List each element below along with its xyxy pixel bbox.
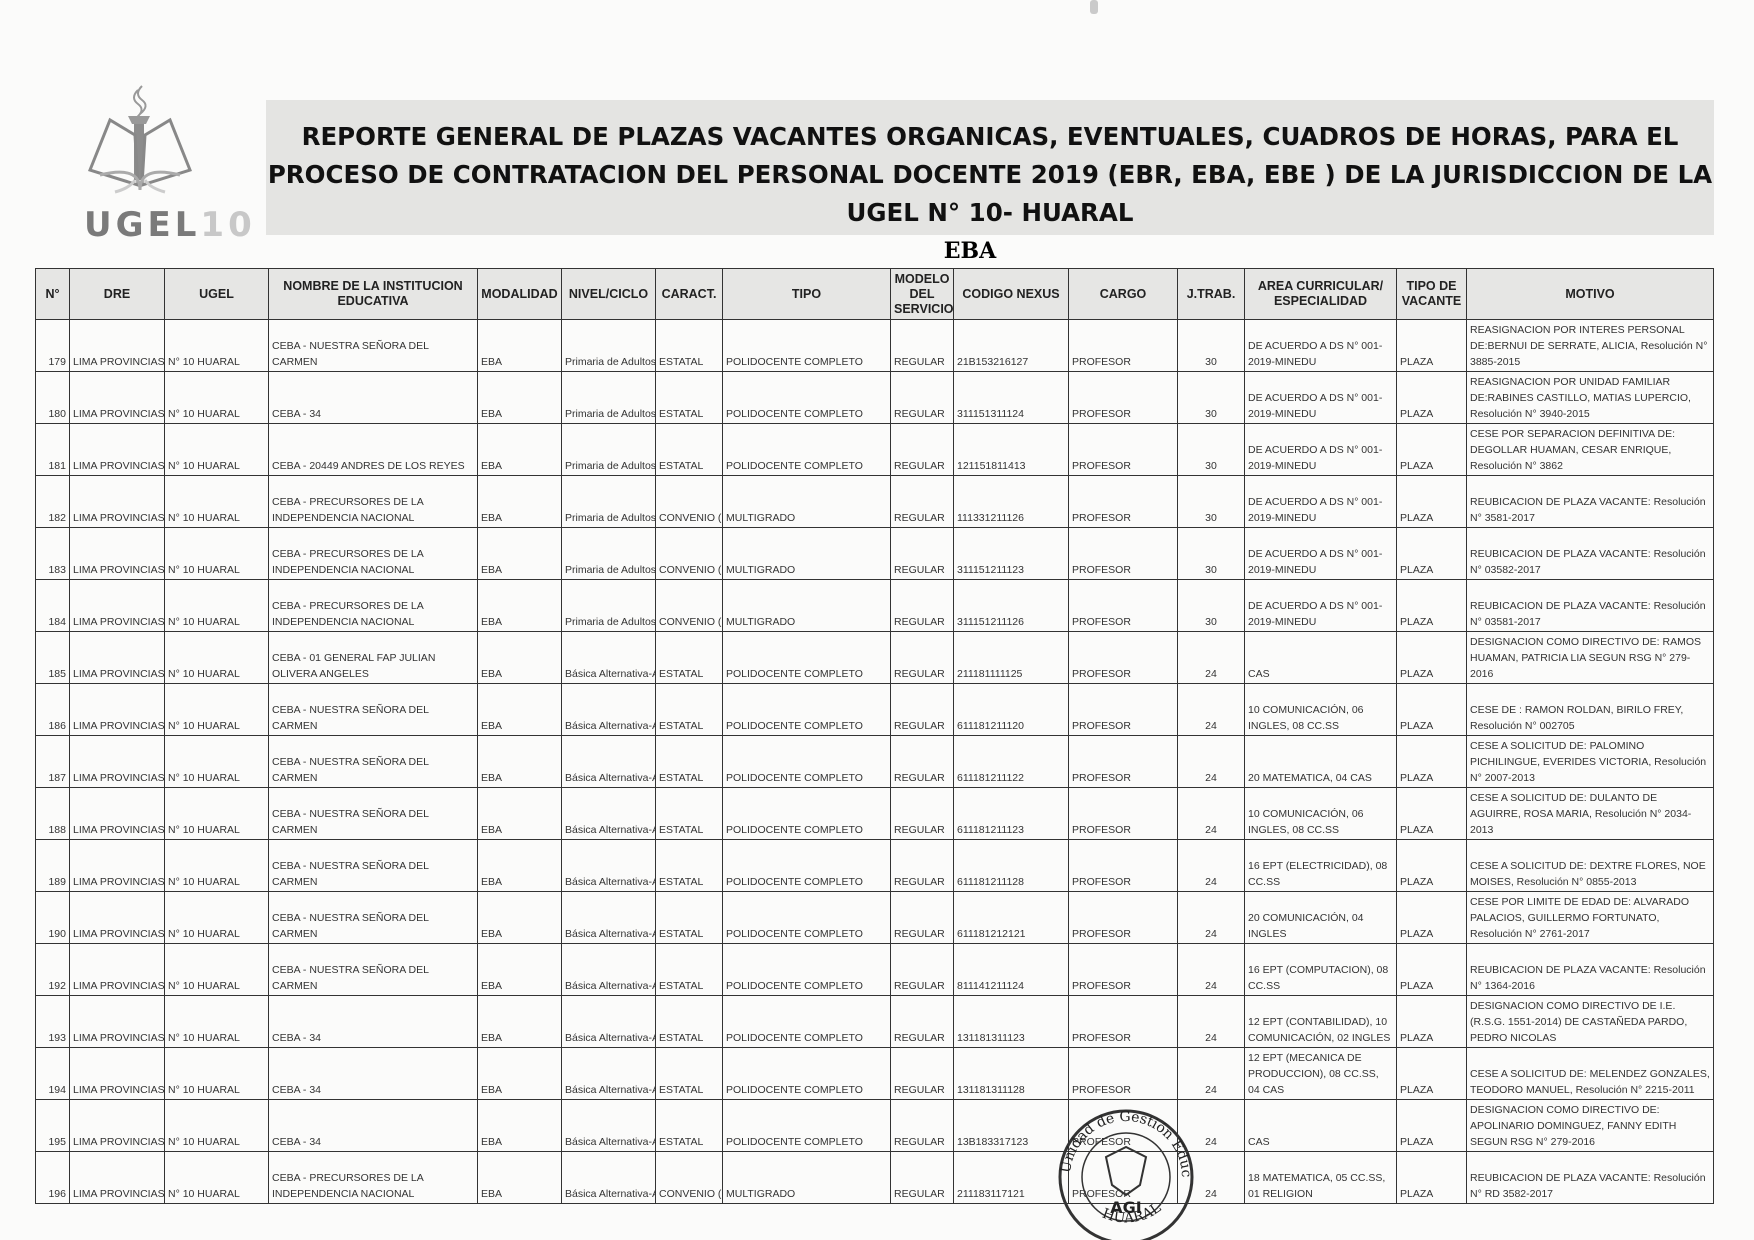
cell-ugel: N° 10 HUARAL [165, 944, 269, 996]
cell-ugel: N° 10 HUARAL [165, 892, 269, 944]
cell-n: 186 [36, 684, 70, 736]
cell-modalidad: EBA [478, 840, 562, 892]
table-row: 196LIMA PROVINCIASN° 10 HUARALCEBA - PRE… [36, 1152, 1714, 1204]
cell-institucion: CEBA - NUESTRA SEÑORA DEL CARMEN [269, 944, 478, 996]
cell-ugel: N° 10 HUARAL [165, 1152, 269, 1204]
cell-dre: LIMA PROVINCIAS [70, 632, 165, 684]
column-header-nivel: NIVEL/CICLO [562, 269, 656, 320]
cell-cargo: PROFESOR [1069, 424, 1178, 476]
cell-ugel: N° 10 HUARAL [165, 684, 269, 736]
cell-nivel: Básica Alternativa-A [562, 996, 656, 1048]
table-row: 183LIMA PROVINCIASN° 10 HUARALCEBA - PRE… [36, 528, 1714, 580]
table-row: 195LIMA PROVINCIASN° 10 HUARALCEBA - 34E… [36, 1100, 1714, 1152]
cell-area: DE ACUERDO A DS N° 001-2019-MINEDU [1245, 424, 1397, 476]
cell-tipo-vacante: PLAZA [1397, 1100, 1467, 1152]
cell-n: 179 [36, 320, 70, 372]
logo-number: 10 [200, 205, 255, 245]
cell-dre: LIMA PROVINCIAS [70, 788, 165, 840]
cell-tipo: MULTIGRADO [723, 580, 891, 632]
cell-motivo: REUBICACION DE PLAZA VACANTE: Resolución… [1467, 528, 1714, 580]
cell-tipo: MULTIGRADO [723, 476, 891, 528]
cell-tipo-vacante: PLAZA [1397, 840, 1467, 892]
cell-motivo: REASIGNACION POR UNIDAD FAMILIAR DE:RABI… [1467, 372, 1714, 424]
cell-ugel: N° 10 HUARAL [165, 476, 269, 528]
cell-institucion: CEBA - 01 GENERAL FAP JULIAN OLIVERA ANG… [269, 632, 478, 684]
cell-dre: LIMA PROVINCIAS [70, 320, 165, 372]
cell-codigo-nexus: 311151211126 [954, 580, 1069, 632]
column-header-cargo: CARGO [1069, 269, 1178, 320]
cell-caract: ESTATAL [656, 320, 723, 372]
cell-area: DE ACUERDO A DS N° 001-2019-MINEDU [1245, 528, 1397, 580]
cell-tipo-vacante: PLAZA [1397, 944, 1467, 996]
cell-institucion: CEBA - NUESTRA SEÑORA DEL CARMEN [269, 788, 478, 840]
cell-tipo: MULTIGRADO [723, 528, 891, 580]
table-row: 187LIMA PROVINCIASN° 10 HUARALCEBA - NUE… [36, 736, 1714, 788]
table-header-row: N°DREUGELNOMBRE DE LA INSTITUCION EDUCAT… [36, 269, 1714, 320]
cell-dre: LIMA PROVINCIAS [70, 424, 165, 476]
cell-motivo: CESE POR LIMITE DE EDAD DE: ALVARADO PAL… [1467, 892, 1714, 944]
cell-nivel: Primaria de Adultos [562, 476, 656, 528]
cell-n: 195 [36, 1100, 70, 1152]
cell-cargo: PROFESOR [1069, 1048, 1178, 1100]
cell-area: 12 EPT (MECANICA DE PRODUCCION), 08 CC.S… [1245, 1048, 1397, 1100]
cell-jornada: 24 [1178, 788, 1245, 840]
table-row: 193LIMA PROVINCIASN° 10 HUARALCEBA - 34E… [36, 996, 1714, 1048]
cell-codigo-nexus: 611181211128 [954, 840, 1069, 892]
cell-area: 20 COMUNICACIÓN, 04 INGLES [1245, 892, 1397, 944]
column-header-tipo: TIPO [723, 269, 891, 320]
column-header-codigo-nexus: CODIGO NEXUS [954, 269, 1069, 320]
cell-cargo: PROFESOR [1069, 528, 1178, 580]
cell-jornada: 30 [1178, 424, 1245, 476]
cell-modalidad: EBA [478, 736, 562, 788]
cell-tipo-vacante: PLAZA [1397, 736, 1467, 788]
cell-modalidad: EBA [478, 476, 562, 528]
cell-ugel: N° 10 HUARAL [165, 1048, 269, 1100]
cell-modelo: REGULAR [891, 1100, 954, 1152]
cell-tipo-vacante: PLAZA [1397, 528, 1467, 580]
cell-n: 183 [36, 528, 70, 580]
cell-tipo-vacante: PLAZA [1397, 424, 1467, 476]
cell-tipo: POLIDOCENTE COMPLETO [723, 996, 891, 1048]
table-row: 186LIMA PROVINCIASN° 10 HUARALCEBA - NUE… [36, 684, 1714, 736]
cell-modalidad: EBA [478, 528, 562, 580]
cell-codigo-nexus: 611181212121 [954, 892, 1069, 944]
cell-caract: ESTATAL [656, 1100, 723, 1152]
title-line-3: UGEL N° 10- HUARAL [266, 194, 1714, 232]
cell-nivel: Primaria de Adultos [562, 372, 656, 424]
cell-motivo: CESE A SOLICITUD DE: DULANTO DE AGUIRRE,… [1467, 788, 1714, 840]
cell-motivo: REASIGNACION POR INTERES PERSONAL DE:BER… [1467, 320, 1714, 372]
cell-area: 10 COMUNICACIÓN, 06 INGLES, 08 CC.SS [1245, 788, 1397, 840]
cell-dre: LIMA PROVINCIAS [70, 1100, 165, 1152]
table-row: 194LIMA PROVINCIASN° 10 HUARALCEBA - 34E… [36, 1048, 1714, 1100]
table-row: 185LIMA PROVINCIASN° 10 HUARALCEBA - 01 … [36, 632, 1714, 684]
cell-tipo: POLIDOCENTE COMPLETO [723, 788, 891, 840]
cell-area: DE ACUERDO A DS N° 001-2019-MINEDU [1245, 320, 1397, 372]
cell-caract: ESTATAL [656, 632, 723, 684]
cell-tipo-vacante: PLAZA [1397, 476, 1467, 528]
cell-modelo: REGULAR [891, 1152, 954, 1204]
title-line-1: REPORTE GENERAL DE PLAZAS VACANTES ORGAN… [266, 118, 1714, 156]
cell-tipo: POLIDOCENTE COMPLETO [723, 424, 891, 476]
cell-codigo-nexus: 131181311123 [954, 996, 1069, 1048]
cell-n: 182 [36, 476, 70, 528]
cell-tipo: POLIDOCENTE COMPLETO [723, 892, 891, 944]
cell-dre: LIMA PROVINCIAS [70, 528, 165, 580]
cell-modelo: REGULAR [891, 1048, 954, 1100]
cell-modelo: REGULAR [891, 892, 954, 944]
cell-jornada: 24 [1178, 840, 1245, 892]
cell-modelo: REGULAR [891, 996, 954, 1048]
cell-caract: ESTATAL [656, 840, 723, 892]
cell-caract: CONVENIO (I [656, 528, 723, 580]
cell-cargo: PROFESOR [1069, 580, 1178, 632]
cell-codigo-nexus: 131181311128 [954, 1048, 1069, 1100]
cell-institucion: CEBA - PRECURSORES DE LA INDEPENDENCIA N… [269, 1152, 478, 1204]
cell-cargo: PROFESOR [1069, 372, 1178, 424]
cell-modelo: REGULAR [891, 372, 954, 424]
cell-jornada: 24 [1178, 1152, 1245, 1204]
column-header-n: N° [36, 269, 70, 320]
column-header-motivo: MOTIVO [1467, 269, 1714, 320]
book-torch-icon [80, 80, 250, 210]
cell-area: DE ACUERDO A DS N° 001-2019-MINEDU [1245, 372, 1397, 424]
cell-institucion: CEBA - NUESTRA SEÑORA DEL CARMEN [269, 892, 478, 944]
cell-area: DE ACUERDO A DS N° 001-2019-MINEDU [1245, 476, 1397, 528]
cell-motivo: CESE A SOLICITUD DE: DEXTRE FLORES, NOE … [1467, 840, 1714, 892]
cell-tipo: POLIDOCENTE COMPLETO [723, 736, 891, 788]
cell-institucion: CEBA - NUESTRA SEÑORA DEL CARMEN [269, 736, 478, 788]
title-line-2: PROCESO DE CONTRATACION DEL PERSONAL DOC… [266, 156, 1714, 194]
cell-n: 189 [36, 840, 70, 892]
cell-dre: LIMA PROVINCIAS [70, 996, 165, 1048]
cell-codigo-nexus: 311151211123 [954, 528, 1069, 580]
cell-tipo-vacante: PLAZA [1397, 996, 1467, 1048]
table-body: 179LIMA PROVINCIASN° 10 HUARALCEBA - NUE… [36, 320, 1714, 1204]
cell-jornada: 24 [1178, 684, 1245, 736]
cell-caract: ESTATAL [656, 424, 723, 476]
cell-modalidad: EBA [478, 944, 562, 996]
column-header-jornada: J.TRAB. [1178, 269, 1245, 320]
cell-nivel: Básica Alternativa-A [562, 1048, 656, 1100]
column-header-caract: CARACT. [656, 269, 723, 320]
cell-modelo: REGULAR [891, 320, 954, 372]
cell-cargo: PROFESOR [1069, 1100, 1178, 1152]
cell-cargo: PROFESOR [1069, 996, 1178, 1048]
table-row: 188LIMA PROVINCIASN° 10 HUARALCEBA - NUE… [36, 788, 1714, 840]
cell-modelo: REGULAR [891, 528, 954, 580]
cell-codigo-nexus: 211183117121 [954, 1152, 1069, 1204]
cell-ugel: N° 10 HUARAL [165, 840, 269, 892]
cell-codigo-nexus: 13B183317123 [954, 1100, 1069, 1152]
cell-area: 16 EPT (COMPUTACION), 08 CC.SS [1245, 944, 1397, 996]
cell-dre: LIMA PROVINCIAS [70, 580, 165, 632]
cell-cargo: PROFESOR [1069, 892, 1178, 944]
cell-modelo: REGULAR [891, 736, 954, 788]
cell-tipo-vacante: PLAZA [1397, 684, 1467, 736]
cell-n: 181 [36, 424, 70, 476]
cell-area: 16 EPT (ELECTRICIDAD), 08 CC.SS [1245, 840, 1397, 892]
cell-tipo: POLIDOCENTE COMPLETO [723, 1100, 891, 1152]
cell-tipo-vacante: PLAZA [1397, 372, 1467, 424]
cell-tipo-vacante: PLAZA [1397, 320, 1467, 372]
cell-jornada: 24 [1178, 736, 1245, 788]
cell-jornada: 24 [1178, 632, 1245, 684]
cell-cargo: PROFESOR [1069, 632, 1178, 684]
cell-tipo: POLIDOCENTE COMPLETO [723, 1048, 891, 1100]
cell-institucion: CEBA - 34 [269, 372, 478, 424]
cell-caract: ESTATAL [656, 996, 723, 1048]
cell-tipo: POLIDOCENTE COMPLETO [723, 684, 891, 736]
cell-cargo: PROFESOR [1069, 944, 1178, 996]
cell-jornada: 30 [1178, 580, 1245, 632]
cell-nivel: Básica Alternativa-A [562, 788, 656, 840]
cell-modalidad: EBA [478, 320, 562, 372]
cell-caract: ESTATAL [656, 1048, 723, 1100]
cell-jornada: 24 [1178, 1048, 1245, 1100]
cell-tipo: POLIDOCENTE COMPLETO [723, 320, 891, 372]
cell-tipo-vacante: PLAZA [1397, 580, 1467, 632]
cell-nivel: Básica Alternativa-A [562, 1152, 656, 1204]
cell-modelo: REGULAR [891, 424, 954, 476]
cell-nivel: Primaria de Adultos [562, 424, 656, 476]
cell-dre: LIMA PROVINCIAS [70, 892, 165, 944]
cell-institucion: CEBA - PRECURSORES DE LA INDEPENDENCIA N… [269, 580, 478, 632]
cell-dre: LIMA PROVINCIAS [70, 684, 165, 736]
cell-dre: LIMA PROVINCIAS [70, 1048, 165, 1100]
logo-wordmark: UGEL10 [84, 205, 256, 245]
cell-institucion: CEBA - 34 [269, 1100, 478, 1152]
cell-modalidad: EBA [478, 580, 562, 632]
cell-cargo: PROFESOR [1069, 1152, 1178, 1204]
cell-codigo-nexus: 121151811413 [954, 424, 1069, 476]
cell-n: 185 [36, 632, 70, 684]
cell-n: 190 [36, 892, 70, 944]
cell-nivel: Básica Alternativa-A [562, 632, 656, 684]
cell-dre: LIMA PROVINCIAS [70, 372, 165, 424]
cell-codigo-nexus: 211181111125 [954, 632, 1069, 684]
cell-n: 196 [36, 1152, 70, 1204]
cell-codigo-nexus: 611181211123 [954, 788, 1069, 840]
cell-area: 18 MATEMATICA, 05 CC.SS, 01 RELIGION [1245, 1152, 1397, 1204]
cell-cargo: PROFESOR [1069, 684, 1178, 736]
table-row: 179LIMA PROVINCIASN° 10 HUARALCEBA - NUE… [36, 320, 1714, 372]
cell-nivel: Básica Alternativa-A [562, 944, 656, 996]
logo-text: UGEL [84, 205, 200, 245]
cell-codigo-nexus: 21B153216127 [954, 320, 1069, 372]
cell-ugel: N° 10 HUARAL [165, 736, 269, 788]
cell-jornada: 24 [1178, 1100, 1245, 1152]
cell-ugel: N° 10 HUARAL [165, 372, 269, 424]
cell-motivo: CESE A SOLICITUD DE: PALOMINO PICHILINGU… [1467, 736, 1714, 788]
cell-jornada: 24 [1178, 944, 1245, 996]
cell-caract: CONVENIO (I [656, 580, 723, 632]
cell-ugel: N° 10 HUARAL [165, 996, 269, 1048]
cell-codigo-nexus: 311151311124 [954, 372, 1069, 424]
cell-nivel: Primaria de Adultos [562, 528, 656, 580]
report-title: REPORTE GENERAL DE PLAZAS VACANTES ORGAN… [266, 118, 1714, 232]
cell-jornada: 30 [1178, 320, 1245, 372]
cell-caract: ESTATAL [656, 944, 723, 996]
column-header-area: AREA CURRICULAR/ ESPECIALIDAD [1245, 269, 1397, 320]
cell-modalidad: EBA [478, 788, 562, 840]
cell-ugel: N° 10 HUARAL [165, 580, 269, 632]
cell-modelo: REGULAR [891, 840, 954, 892]
table-row: 184LIMA PROVINCIASN° 10 HUARALCEBA - PRE… [36, 580, 1714, 632]
cell-area: 10 COMUNICACIÓN, 06 INGLES, 08 CC.SS [1245, 684, 1397, 736]
column-header-modalidad: MODALIDAD [478, 269, 562, 320]
cell-jornada: 24 [1178, 996, 1245, 1048]
column-header-tipo-vacante: TIPO DE VACANTE [1397, 269, 1467, 320]
cell-caract: CONVENIO (I [656, 476, 723, 528]
cell-modalidad: EBA [478, 1152, 562, 1204]
cell-n: 193 [36, 996, 70, 1048]
cell-modalidad: EBA [478, 372, 562, 424]
cell-motivo: REUBICACION DE PLAZA VACANTE: Resolución… [1467, 580, 1714, 632]
cell-ugel: N° 10 HUARAL [165, 320, 269, 372]
table-row: 192LIMA PROVINCIASN° 10 HUARALCEBA - NUE… [36, 944, 1714, 996]
cell-tipo-vacante: PLAZA [1397, 1152, 1467, 1204]
cell-modelo: REGULAR [891, 684, 954, 736]
cell-jornada: 24 [1178, 892, 1245, 944]
modality-subtitle: EBA [920, 238, 1020, 264]
cell-ugel: N° 10 HUARAL [165, 632, 269, 684]
cell-motivo: REUBICACION DE PLAZA VACANTE: Resolución… [1467, 944, 1714, 996]
cell-tipo: MULTIGRADO [723, 1152, 891, 1204]
cell-tipo: POLIDOCENTE COMPLETO [723, 840, 891, 892]
cell-nivel: Primaria de Adultos [562, 580, 656, 632]
cell-n: 192 [36, 944, 70, 996]
cell-modelo: REGULAR [891, 632, 954, 684]
cell-nivel: Básica Alternativa-A [562, 840, 656, 892]
cell-cargo: PROFESOR [1069, 736, 1178, 788]
cell-dre: LIMA PROVINCIAS [70, 736, 165, 788]
cell-nivel: Básica Alternativa-A [562, 736, 656, 788]
cell-nivel: Básica Alternativa-A [562, 1100, 656, 1152]
scan-speck [1090, 0, 1098, 14]
column-header-dre: DRE [70, 269, 165, 320]
table-row: 190LIMA PROVINCIASN° 10 HUARALCEBA - NUE… [36, 892, 1714, 944]
cell-institucion: CEBA - 34 [269, 1048, 478, 1100]
cell-dre: LIMA PROVINCIAS [70, 476, 165, 528]
cell-jornada: 30 [1178, 528, 1245, 580]
cell-area: CAS [1245, 1100, 1397, 1152]
cell-motivo: CESE POR SEPARACION DEFINITIVA DE: DEGOL… [1467, 424, 1714, 476]
cell-motivo: REUBICACION DE PLAZA VACANTE: Resolución… [1467, 476, 1714, 528]
cell-modelo: REGULAR [891, 580, 954, 632]
cell-institucion: CEBA - PRECURSORES DE LA INDEPENDENCIA N… [269, 476, 478, 528]
cell-motivo: DESIGNACION COMO DIRECTIVO DE I.E. (R.S.… [1467, 996, 1714, 1048]
cell-caract: ESTATAL [656, 788, 723, 840]
cell-ugel: N° 10 HUARAL [165, 424, 269, 476]
cell-nivel: Primaria de Adultos [562, 320, 656, 372]
cell-n: 184 [36, 580, 70, 632]
cell-codigo-nexus: 111331211126 [954, 476, 1069, 528]
cell-jornada: 30 [1178, 372, 1245, 424]
cell-institucion: CEBA - NUESTRA SEÑORA DEL CARMEN [269, 684, 478, 736]
cell-modalidad: EBA [478, 1048, 562, 1100]
cell-n: 194 [36, 1048, 70, 1100]
cell-motivo: CESE A SOLICITUD DE: MELENDEZ GONZALES, … [1467, 1048, 1714, 1100]
cell-modalidad: EBA [478, 684, 562, 736]
cell-cargo: PROFESOR [1069, 840, 1178, 892]
cell-modalidad: EBA [478, 424, 562, 476]
cell-institucion: CEBA - 20449 ANDRES DE LOS REYES [269, 424, 478, 476]
cell-modelo: REGULAR [891, 788, 954, 840]
cell-modelo: REGULAR [891, 944, 954, 996]
table-row: 181LIMA PROVINCIASN° 10 HUARALCEBA - 204… [36, 424, 1714, 476]
cell-nivel: Básica Alternativa-A [562, 892, 656, 944]
cell-caract: ESTATAL [656, 372, 723, 424]
cell-caract: ESTATAL [656, 736, 723, 788]
cell-tipo-vacante: PLAZA [1397, 892, 1467, 944]
cell-tipo-vacante: PLAZA [1397, 632, 1467, 684]
cell-caract: ESTATAL [656, 892, 723, 944]
cell-dre: LIMA PROVINCIAS [70, 944, 165, 996]
cell-modalidad: EBA [478, 892, 562, 944]
cell-codigo-nexus: 811141211124 [954, 944, 1069, 996]
cell-modelo: REGULAR [891, 476, 954, 528]
cell-motivo: REUBICACION DE PLAZA VACANTE: Resolución… [1467, 1152, 1714, 1204]
cell-modalidad: EBA [478, 632, 562, 684]
cell-tipo: POLIDOCENTE COMPLETO [723, 372, 891, 424]
cell-modalidad: EBA [478, 996, 562, 1048]
cell-area: DE ACUERDO A DS N° 001-2019-MINEDU [1245, 580, 1397, 632]
cell-area: CAS [1245, 632, 1397, 684]
cell-motivo: DESIGNACION COMO DIRECTIVO DE: APOLINARI… [1467, 1100, 1714, 1152]
cell-institucion: CEBA - NUESTRA SEÑORA DEL CARMEN [269, 840, 478, 892]
cell-codigo-nexus: 611181211120 [954, 684, 1069, 736]
cell-cargo: PROFESOR [1069, 476, 1178, 528]
cell-motivo: CESE DE : RAMON ROLDAN, BIRILO FREY, Res… [1467, 684, 1714, 736]
column-header-ugel: UGEL [165, 269, 269, 320]
cell-cargo: PROFESOR [1069, 788, 1178, 840]
column-header-institucion: NOMBRE DE LA INSTITUCION EDUCATIVA [269, 269, 478, 320]
cell-dre: LIMA PROVINCIAS [70, 1152, 165, 1204]
cell-caract: CONVENIO (I [656, 1152, 723, 1204]
cell-institucion: CEBA - NUESTRA SEÑORA DEL CARMEN [269, 320, 478, 372]
cell-tipo: POLIDOCENTE COMPLETO [723, 944, 891, 996]
cell-jornada: 30 [1178, 476, 1245, 528]
cell-nivel: Básica Alternativa-A [562, 684, 656, 736]
cell-ugel: N° 10 HUARAL [165, 788, 269, 840]
cell-area: 12 EPT (CONTABILIDAD), 10 COMUNICACIÓN, … [1245, 996, 1397, 1048]
vacancies-table: N°DREUGELNOMBRE DE LA INSTITUCION EDUCAT… [35, 268, 1714, 1204]
cell-ugel: N° 10 HUARAL [165, 1100, 269, 1152]
table-row: 182LIMA PROVINCIASN° 10 HUARALCEBA - PRE… [36, 476, 1714, 528]
cell-n: 180 [36, 372, 70, 424]
cell-institucion: CEBA - 34 [269, 996, 478, 1048]
cell-ugel: N° 10 HUARAL [165, 528, 269, 580]
cell-tipo-vacante: PLAZA [1397, 788, 1467, 840]
cell-tipo: POLIDOCENTE COMPLETO [723, 632, 891, 684]
cell-cargo: PROFESOR [1069, 320, 1178, 372]
column-header-modelo: MODELO DEL SERVICIO [891, 269, 954, 320]
table-row: 180LIMA PROVINCIASN° 10 HUARALCEBA - 34E… [36, 372, 1714, 424]
cell-institucion: CEBA - PRECURSORES DE LA INDEPENDENCIA N… [269, 528, 478, 580]
cell-codigo-nexus: 611181211122 [954, 736, 1069, 788]
cell-tipo-vacante: PLAZA [1397, 1048, 1467, 1100]
cell-area: 20 MATEMATICA, 04 CAS [1245, 736, 1397, 788]
cell-modalidad: EBA [478, 1100, 562, 1152]
cell-motivo: DESIGNACION COMO DIRECTIVO DE: RAMOS HUA… [1467, 632, 1714, 684]
cell-n: 187 [36, 736, 70, 788]
table-row: 189LIMA PROVINCIASN° 10 HUARALCEBA - NUE… [36, 840, 1714, 892]
cell-caract: ESTATAL [656, 684, 723, 736]
cell-n: 188 [36, 788, 70, 840]
cell-dre: LIMA PROVINCIAS [70, 840, 165, 892]
